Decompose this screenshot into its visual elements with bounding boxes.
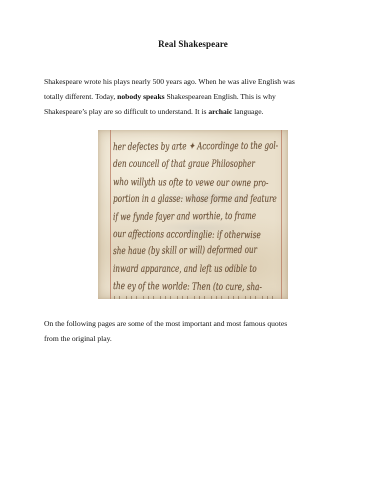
text-line: On the following pages are some of the m… bbox=[44, 316, 344, 331]
manuscript-text-line: if we fynde fayer and worthie, to frame bbox=[113, 208, 239, 226]
manuscript-image: her defectes by arte ✦ Accordinge to the… bbox=[98, 130, 288, 299]
text-line: Shakespeare’s play are so difficult to u… bbox=[44, 104, 344, 119]
manuscript-cropped-line bbox=[114, 296, 274, 299]
document-page: Real Shakespeare Shakespeare wrote his p… bbox=[0, 0, 386, 500]
manuscript-margin-line-left bbox=[110, 130, 111, 299]
page-title: Real Shakespeare bbox=[0, 37, 386, 52]
text-line: Shakespeare wrote his plays nearly 500 y… bbox=[44, 74, 344, 89]
manuscript-text-line: inward apparance, and left us odible to bbox=[113, 261, 239, 278]
manuscript-text-line: who willyth us ofte to vewe our owne pro… bbox=[113, 174, 241, 192]
intro-paragraph: Shakespeare wrote his plays nearly 500 y… bbox=[44, 74, 344, 119]
manuscript-handwriting: her defectes by arte ✦ Accordinge to the… bbox=[113, 139, 288, 296]
manuscript-text-line: she haue (by skill or will) deformed our bbox=[113, 242, 239, 260]
text-line: from the original play. bbox=[44, 331, 344, 346]
manuscript-text-line: her defectes by arte ✦ Accordinge to the… bbox=[113, 138, 239, 156]
closing-paragraph: On the following pages are some of the m… bbox=[44, 316, 344, 346]
manuscript-text-line: den councell of that graue Philosopher bbox=[113, 156, 239, 173]
manuscript-text-line: portion in a glasse: whose forme and fea… bbox=[113, 191, 239, 208]
text-line: totally different. Today, nobody speaks … bbox=[44, 89, 344, 104]
manuscript-text-line: the ey of the worlde: Then (to cure, sha… bbox=[113, 278, 241, 296]
